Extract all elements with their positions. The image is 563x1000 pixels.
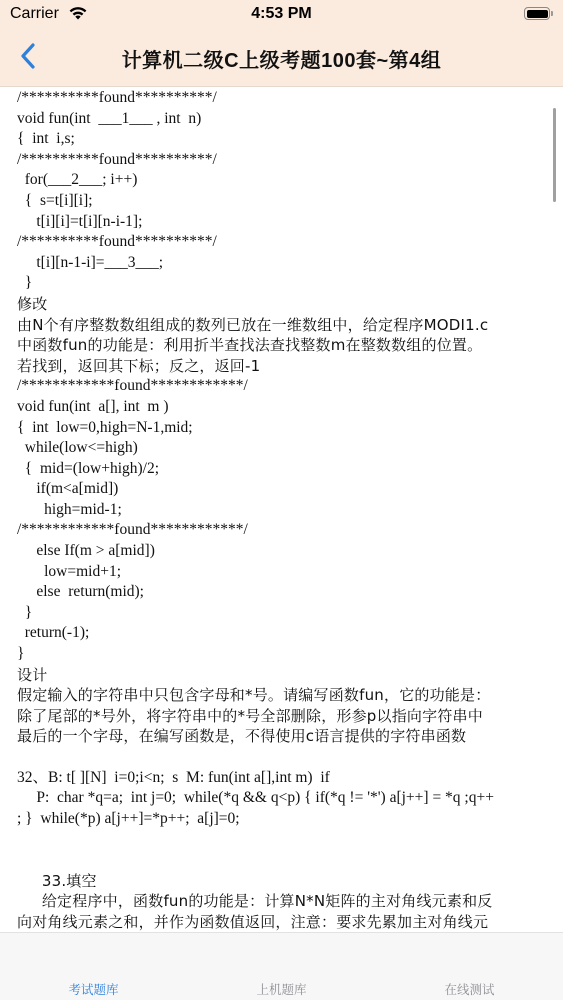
document-line: 33.填空 (17, 871, 557, 892)
document-line: t[i][n-1-i]=___3___; (17, 253, 557, 274)
document-line: 设计 (17, 665, 557, 686)
document-line: 给定程序中，函数fun的功能是：计算N*N矩阵的主对角线元素和反 (17, 891, 557, 912)
tab-online-test[interactable]: 在线测试 (376, 933, 563, 1000)
document-line: while(low<=high) (17, 438, 557, 459)
document-line: P: char *q=a; int j=0; while(*q && q<p) … (17, 788, 557, 809)
tab-label: 考试题库 (68, 980, 118, 998)
tab-exam-questions[interactable]: 考试题库 (0, 933, 187, 1000)
document-line: } (17, 273, 557, 294)
battery-tip (551, 11, 553, 16)
document-line: /************found************/ (17, 520, 557, 541)
document-line: 由N个有序整数数组组成的数列已放在一维数组中，给定程序MODI1.c (17, 315, 557, 336)
status-time: 4:53 PM (0, 5, 563, 23)
document-line: 32、B: t[ ][N] i=0;i<n; s M: fun(int a[],… (17, 768, 557, 789)
tab-label: 上机题库 (256, 980, 306, 998)
document-line: 除了尾部的*号外，将字符串中的*号全部删除，形参p以指向字符串中 (17, 706, 557, 727)
document-line (17, 850, 557, 871)
battery-icon (524, 7, 550, 20)
document-line: else return(mid); (17, 582, 557, 603)
vertical-scrollbar[interactable] (553, 108, 556, 202)
tab-bar: 考试题库 上机题库 在线测试 (0, 932, 563, 1000)
tab-computer-questions[interactable]: 上机题库 (188, 933, 375, 1000)
document-line: 向对角线元素之和，并作为函数值返回，注意：要求先累加主对角线元 (17, 912, 557, 932)
document-line (17, 829, 557, 850)
chevron-left-icon (20, 43, 36, 74)
document-line: void fun(int ___1___ , int n) (17, 109, 557, 130)
document-scroll-view[interactable]: /**********found**********/void fun(int … (0, 87, 563, 932)
document-line: high=mid-1; (17, 500, 557, 521)
document-line: /**********found**********/ (17, 150, 557, 171)
document-line: 修改 (17, 294, 557, 315)
document-line: { mid=(low+high)/2; (17, 459, 557, 480)
document-line: } (17, 603, 557, 624)
document-line: return(-1); (17, 623, 557, 644)
document-line: 假定输入的字符串中只包含字母和*号。请编写函数fun，它的功能是： (17, 685, 557, 706)
document-text: /**********found**********/void fun(int … (17, 88, 557, 932)
document-line: } (17, 644, 557, 665)
document-line: /**********found**********/ (17, 232, 557, 253)
document-line: 中函数fun的功能是：利用折半查找法查找整数m在整数数组的位置。 (17, 335, 557, 356)
back-button[interactable] (10, 40, 46, 76)
document-line: if(m<a[mid]) (17, 479, 557, 500)
page-title: 计算机二级C上级考题100套~第4组 (60, 44, 503, 73)
document-line: /************found************/ (17, 376, 557, 397)
document-line: ; } while(*p) a[j++]=*p++; a[j]=0; (17, 809, 557, 830)
document-line: else If(m > a[mid]) (17, 541, 557, 562)
document-line (17, 747, 557, 768)
navigation-bar: 计算机二级C上级考题100套~第4组 (0, 30, 563, 86)
document-line: void fun(int a[], int m ) (17, 397, 557, 418)
document-line: /**********found**********/ (17, 88, 557, 109)
document-line: 最后的一个字母，在编写函数是，不得使用c语言提供的字符串函数 (17, 726, 557, 747)
document-line: low=mid+1; (17, 562, 557, 583)
status-bar: Carrier 4:53 PM (0, 0, 563, 30)
document-line: t[i][i]=t[i][n-i-1]; (17, 212, 557, 233)
document-line: for(___2___; i++) (17, 170, 557, 191)
tab-label: 在线测试 (444, 980, 494, 998)
document-line: { s=t[i][i]; (17, 191, 557, 212)
document-line: 若找到，返回其下标；反之，返回-1 (17, 356, 557, 377)
document-line: { int low=0,high=N-1,mid; (17, 418, 557, 439)
document-line: { int i,s; (17, 129, 557, 150)
